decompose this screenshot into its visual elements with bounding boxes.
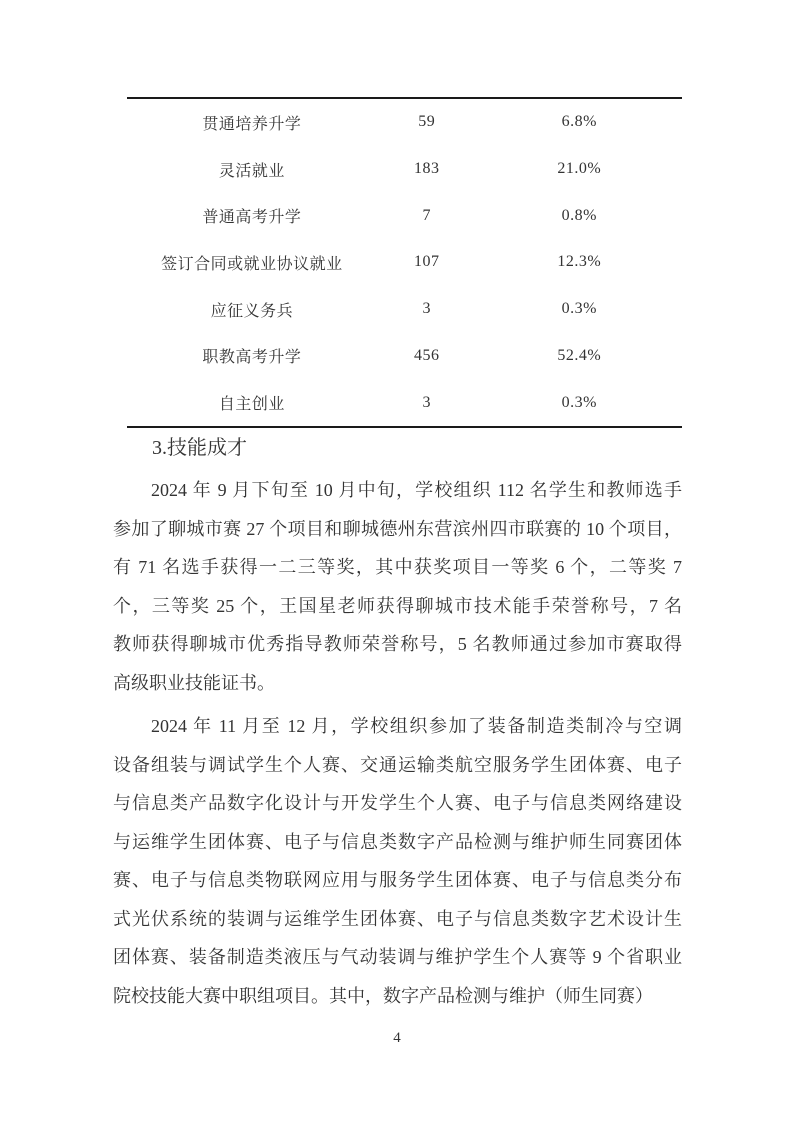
text-line: 2024 年 11 月至 12 月，学校组织参加了装备制造类制冷与空调 <box>113 707 682 746</box>
cell-count: 59 <box>377 99 477 146</box>
text-line: 赛、电子与信息类物联网应用与服务学生团体赛、电子与信息类分布 <box>113 861 682 900</box>
text-line: 与信息类产品数字化设计与开发学生个人赛、电子与信息类网络建设 <box>113 784 682 823</box>
cell-count: 7 <box>377 192 477 239</box>
cell-percent: 12.3% <box>477 239 682 286</box>
text-line: 高级职业技能证书。 <box>113 664 682 703</box>
document-page: 贯通培养升学 59 6.8% 灵活就业 183 21.0% 普通高考升学 7 0… <box>0 0 794 1123</box>
cell-category: 灵活就业 <box>127 146 377 193</box>
table-row: 自主创业 3 0.3% <box>127 379 682 426</box>
table-row: 职教高考升学 456 52.4% <box>127 333 682 380</box>
cell-category: 自主创业 <box>127 379 377 426</box>
text-line: 教师获得聊城市优秀指导教师荣誉称号，5 名教师通过参加市赛取得 <box>113 625 682 664</box>
cell-category: 签订合同或就业协议就业 <box>127 239 377 286</box>
cell-percent: 0.8% <box>477 192 682 239</box>
text-line: 2024 年 9 月下旬至 10 月中旬，学校组织 112 名学生和教师选手 <box>113 471 682 510</box>
cell-percent: 52.4% <box>477 333 682 380</box>
text-line: 有 71 名选手获得一二三等奖，其中获奖项目一等奖 6 个，二等奖 7 <box>113 548 682 587</box>
employment-stats-table: 贯通培养升学 59 6.8% 灵活就业 183 21.0% 普通高考升学 7 0… <box>127 97 682 428</box>
table-row: 灵活就业 183 21.0% <box>127 146 682 193</box>
text-line: 与运维学生团体赛、电子与信息类数字产品检测与维护师生同赛团体 <box>113 823 682 862</box>
cell-percent: 0.3% <box>477 379 682 426</box>
table-row: 贯通培养升学 59 6.8% <box>127 99 682 146</box>
cell-category: 职教高考升学 <box>127 333 377 380</box>
text-line: 式光伏系统的装调与运维学生团体赛、电子与信息类数字艺术设计生 <box>113 900 682 939</box>
cell-count: 3 <box>377 379 477 426</box>
page-number: 4 <box>0 1028 794 1048</box>
cell-percent: 0.3% <box>477 286 682 333</box>
paragraph-competitions-province: 2024 年 11 月至 12 月，学校组织参加了装备制造类制冷与空调 设备组装… <box>113 707 682 1015</box>
text-line: 参加了聊城市赛 27 个项目和聊城德州东营滨州四市联赛的 10 个项目， <box>113 510 682 549</box>
cell-count: 107 <box>377 239 477 286</box>
cell-category: 贯通培养升学 <box>127 99 377 146</box>
text-line: 团体赛、装备制造类液压与气动装调与维护学生个人赛等 9 个省职业 <box>113 938 682 977</box>
cell-count: 183 <box>377 146 477 193</box>
text-line: 个，三等奖 25 个，王国星老师获得聊城市技术能手荣誉称号，7 名 <box>113 587 682 626</box>
cell-category: 应征义务兵 <box>127 286 377 333</box>
cell-percent: 21.0% <box>477 146 682 193</box>
table-row: 应征义务兵 3 0.3% <box>127 286 682 333</box>
cell-count: 456 <box>377 333 477 380</box>
paragraph-competitions-city: 2024 年 9 月下旬至 10 月中旬，学校组织 112 名学生和教师选手 参… <box>113 471 682 702</box>
table: 贯通培养升学 59 6.8% 灵活就业 183 21.0% 普通高考升学 7 0… <box>127 99 682 426</box>
section-heading: 3.技能成才 <box>152 429 247 468</box>
text-line: 院校技能大赛中职组项目。其中，数字产品检测与维护（师生同赛） <box>113 977 682 1016</box>
table-row: 普通高考升学 7 0.8% <box>127 192 682 239</box>
cell-category: 普通高考升学 <box>127 192 377 239</box>
text-line: 设备组装与调试学生个人赛、交通运输类航空服务学生团体赛、电子 <box>113 746 682 785</box>
cell-percent: 6.8% <box>477 99 682 146</box>
cell-count: 3 <box>377 286 477 333</box>
table-row: 签订合同或就业协议就业 107 12.3% <box>127 239 682 286</box>
